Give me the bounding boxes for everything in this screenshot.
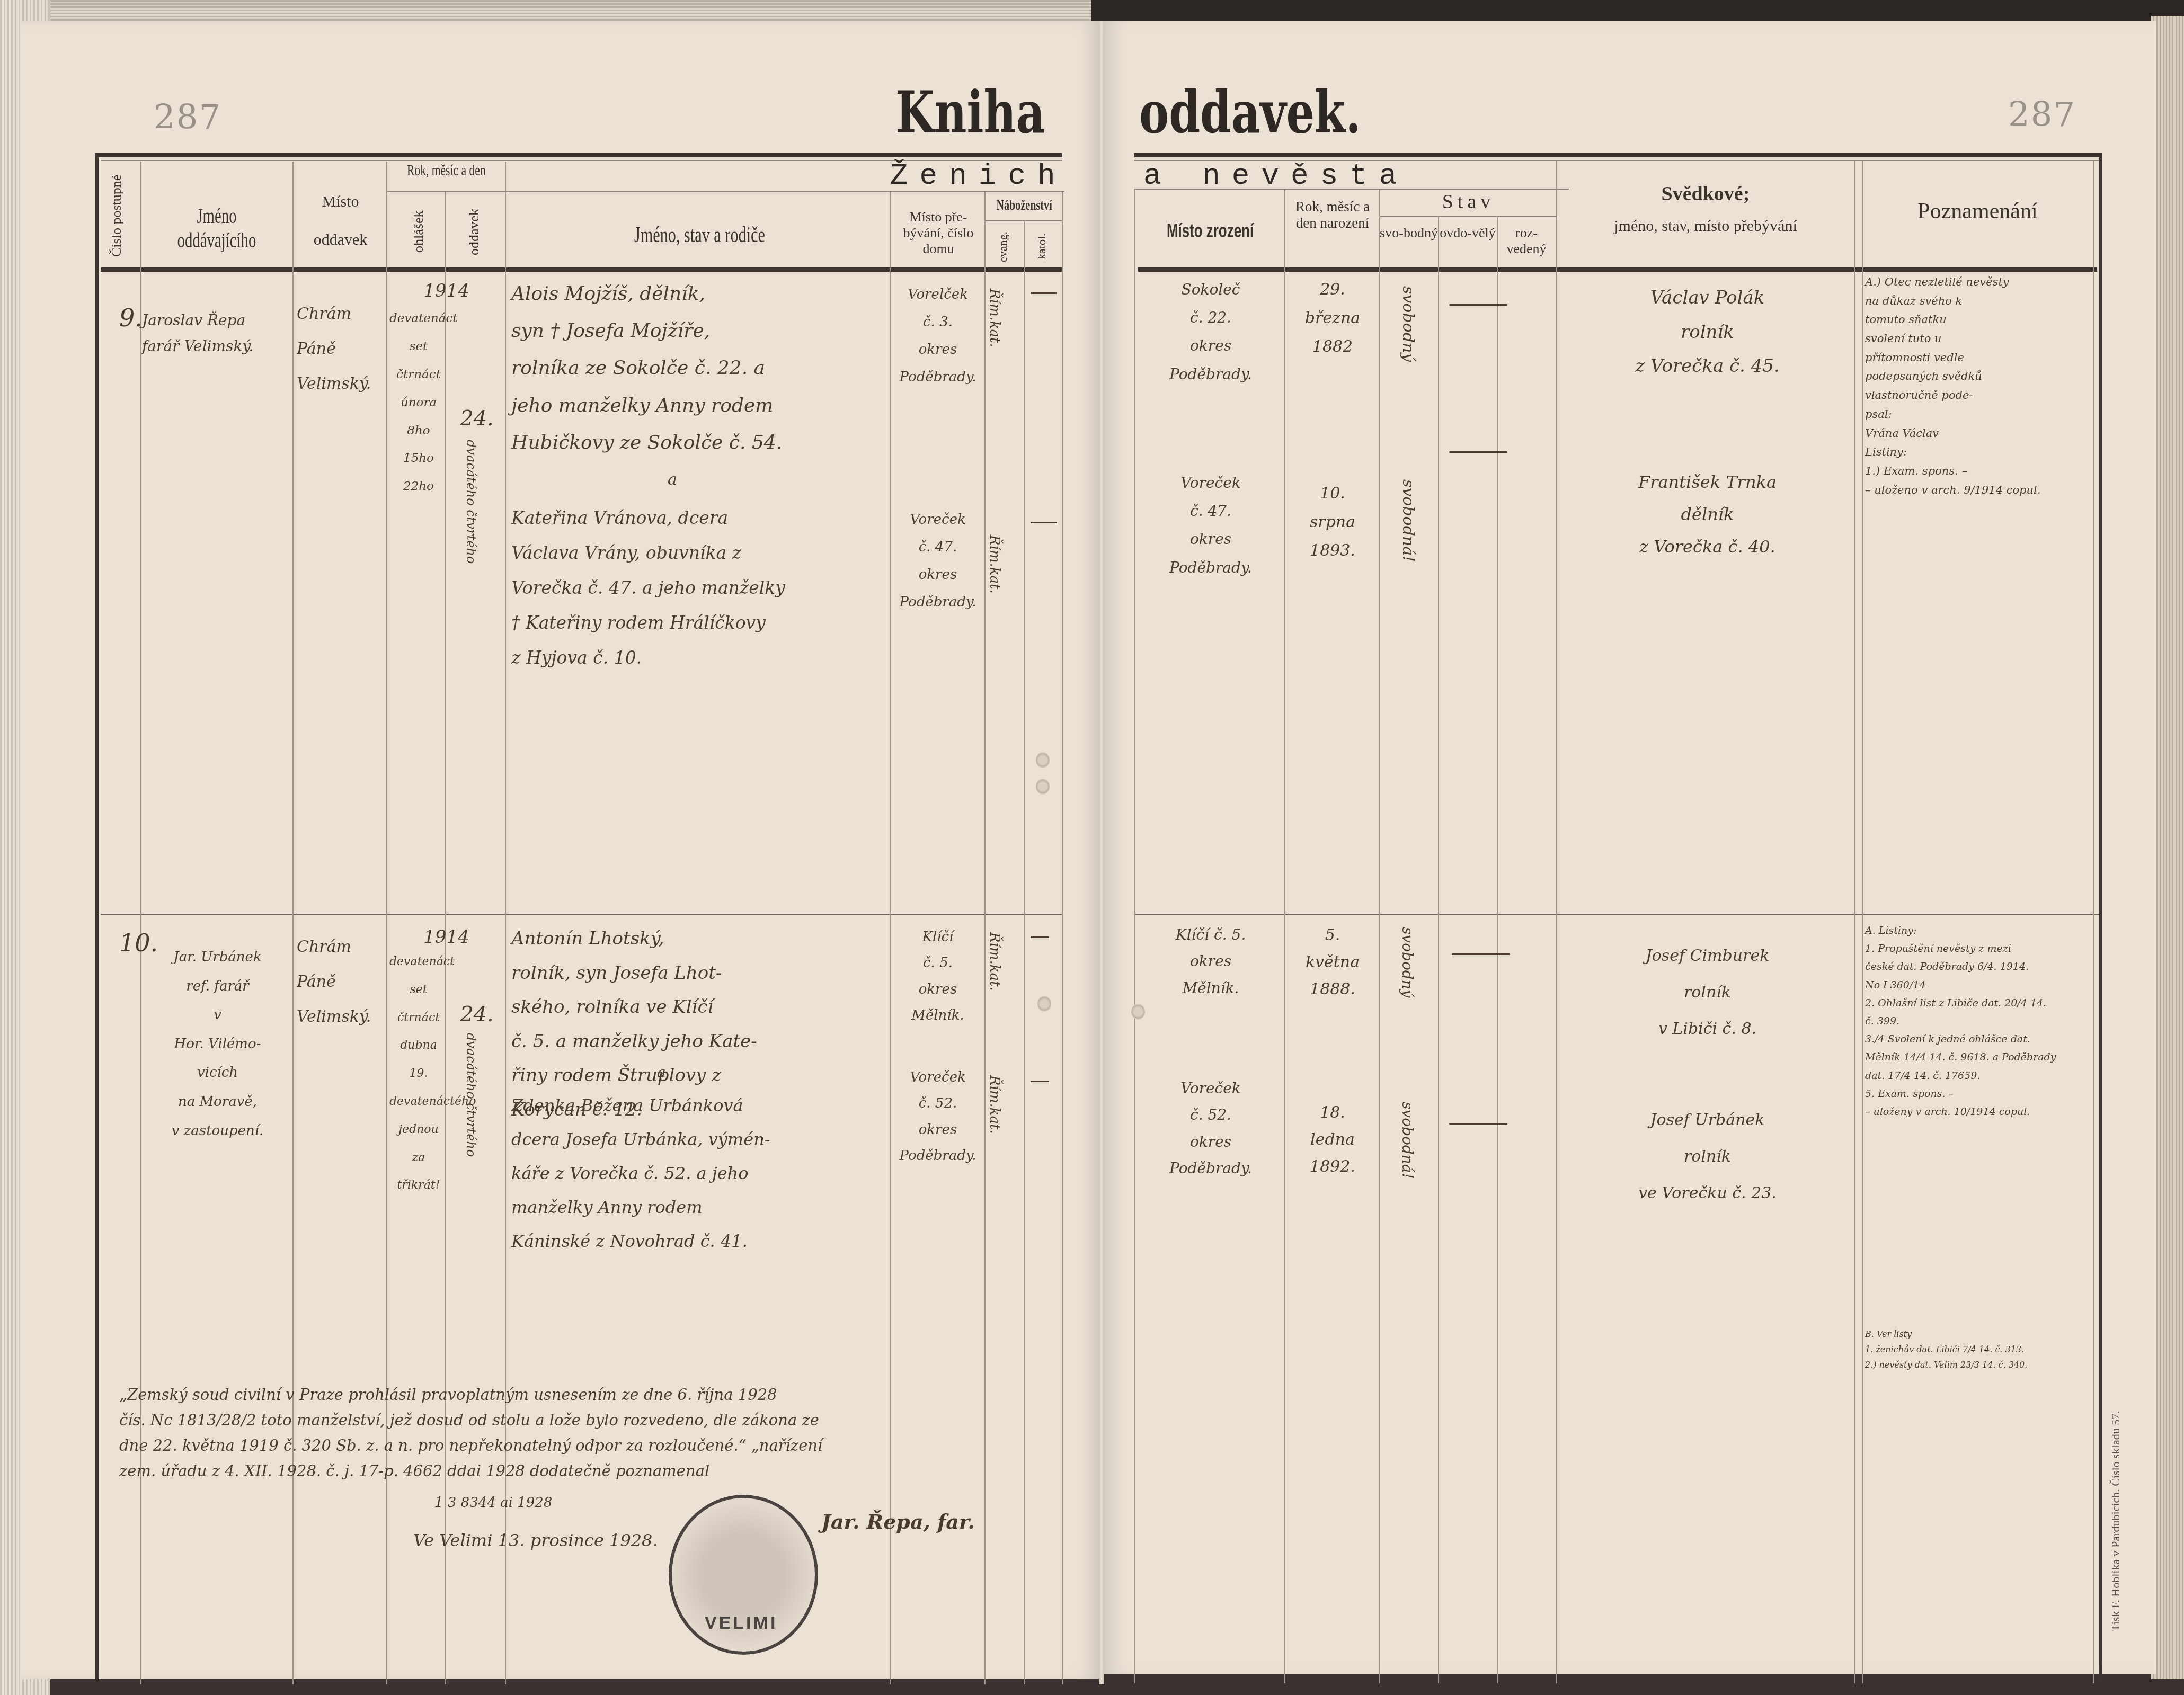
entry-9-bride-birthdate: 10. srpna 1893.: [1288, 479, 1378, 565]
entry-10-katol-dash: [1031, 936, 1049, 938]
entry-10-bride: Zdenka Božena Urbánková dcera Josefa Urb…: [511, 1089, 887, 1258]
entry-10-wedding-day: 24.: [450, 996, 503, 1033]
entry-9-bride-witness: František Trnka dělník z Vorečka č. 40.: [1563, 466, 1852, 563]
header-zenich: Ženich: [890, 159, 1067, 193]
header-misto-zrozeni: Místo zrození: [1137, 220, 1284, 242]
header-jmeno-stav-rodice: Jméno, stav a rodiče: [509, 222, 890, 248]
col-line: [2093, 161, 2094, 1683]
entry-divider-left: [101, 914, 1062, 915]
entry-10-bride-birthdate: 18. ledna 1892.: [1288, 1099, 1378, 1180]
divorce-annotation: „Zemský soud civilní v Praze prohlásil p…: [119, 1382, 1068, 1484]
col-line: [1379, 190, 1380, 1683]
col-line: [1497, 217, 1498, 1683]
entry-9-number: 9.: [119, 297, 143, 340]
table-top-rule-left: [97, 153, 1062, 157]
book-spine: [1099, 21, 1104, 1684]
entry-9-groom-birthplace: Sokoleč č. 22. okres Poděbrady.: [1139, 275, 1282, 388]
entry-9-bride-birthplace: Voreček č. 47. okres Poděbrady.: [1139, 469, 1282, 582]
header-katol: katol.: [1035, 227, 1049, 266]
col-line: [1556, 161, 1557, 1683]
entry-9-groom-residence: Vorelček č. 3. okres Poděbrady.: [893, 281, 983, 391]
entry-10-bride-status: svobodná!: [1399, 1102, 1416, 1179]
entry-10-groom-witness: Josef Cimburek rolník v Libiči č. 8.: [1563, 938, 1852, 1047]
header-svedkove-sub: jméno, stav, místo přebývání: [1558, 217, 1853, 236]
entry-9-groom-status: svobodný: [1399, 286, 1417, 362]
entry-9-groom-ovdovely-dash: [1449, 304, 1507, 306]
punched-hole: [1036, 752, 1050, 768]
header-oddavek: oddavek: [466, 199, 482, 265]
entry-9-bride-ovdovely-dash: [1449, 451, 1507, 453]
header-rok-mesic-den: Rok, měsíc a den: [389, 162, 503, 180]
punched-hole: [1037, 996, 1051, 1012]
header-bottom-rule-left: [101, 267, 1062, 272]
entry-9-katol-dash: [1031, 522, 1057, 523]
header-stav-rule: [1380, 216, 1557, 217]
entry-10-groom-ovdovely-dash: [1452, 953, 1510, 955]
entry-10-wedding-day-words: dvacátého čtvrtého: [464, 1033, 478, 1157]
entry-9-wedding-day-words: dvacátého čtvrtého: [464, 440, 478, 564]
entry-9-officiant: Jaroslav Řepa farář Velimský.: [142, 307, 293, 359]
entry-10-officiant: Jar. Urbánek ref. farář v Hor. Vilémo- v…: [142, 943, 293, 1145]
header-jmeno-oddavajiciho: Jméno oddávajícího: [142, 204, 291, 253]
entry-9-year: 1914: [389, 275, 503, 307]
entry-10-groom-status: svobodný: [1399, 927, 1416, 998]
header-cislo-postupne: Číslo postupné: [109, 167, 125, 265]
header-religion-rule: [984, 220, 1062, 221]
entry-9-connector: a: [668, 466, 677, 494]
entry-10-bride-religion: Řím.kat.: [987, 1075, 1002, 1134]
entry-10-place: Chrám Páně Velimský.: [297, 930, 384, 1034]
header-jmeno-oddavajiciho-label: Jméno oddávajícího: [163, 204, 270, 253]
header-poznamenani: Poznamenání: [1862, 199, 2093, 224]
entry-9-remarks: A.) Otec nezletilé nevěsty na důkaz svéh…: [1865, 273, 2093, 499]
title-left: Kniha: [895, 79, 1045, 146]
page-stack-top: [0, 0, 1091, 22]
entry-10-connector: a: [657, 1059, 666, 1085]
entry-9-groom-witness: Václav Polák rolník z Vorečka č. 45.: [1563, 281, 1852, 383]
entry-9-groom-birthdate: 29. března 1882: [1288, 275, 1378, 361]
entry-divider-right: [1134, 914, 2101, 915]
title-right: oddavek.: [1139, 79, 1361, 146]
header-ovdovely: ovdo-vělý: [1439, 225, 1497, 241]
header-narozeni: Rok, měsíc a den narození: [1286, 199, 1379, 231]
printer-note: Tisk F. Hoblíka v Pardubicích. Číslo skl…: [2109, 1393, 2123, 1631]
header-stav: Stav: [1380, 191, 1557, 214]
col-line: [1284, 190, 1285, 1683]
header-rozvedeny: roz-vedený: [1497, 225, 1556, 257]
header-misto-zrozeni-label: Místo zrození: [1167, 220, 1254, 242]
entry-9-bride: Kateřina Vránova, dcera Václava Vrány, o…: [511, 501, 887, 675]
entry-10-bride-witness: Josef Urbánek rolník ve Vorečku č. 23.: [1563, 1102, 1852, 1211]
col-line: [1854, 161, 1855, 1683]
entry-9-bride-religion: Řím.kat.: [987, 535, 1002, 594]
entry-10-groom-residence: Klíčí č. 5. okres Mělník.: [893, 924, 983, 1029]
header-rok-mesic-den-label: Rok, měsíc a den: [407, 162, 486, 180]
header-jmeno-stav-rodice-label: Jméno, stav a rodiče: [634, 222, 765, 248]
entry-10-groom-religion: Řím.kat.: [987, 932, 1002, 991]
entry-10-bride-birthplace: Voreček č. 52. okres Poděbrady.: [1139, 1075, 1282, 1182]
entry-10-groom-birthplace: Klíčí č. 5. okres Mělník.: [1139, 922, 1282, 1002]
entry-10-remarks-b: B. Ver listy 1. ženichův dat. Libiči 7/4…: [1865, 1327, 2093, 1372]
header-evang: evang.: [996, 227, 1010, 266]
header-svedkove: Svědkové;: [1558, 183, 1853, 206]
table-right-border: [2099, 153, 2102, 1684]
col-line: [1134, 190, 1135, 1683]
col-line: [1862, 161, 1863, 1683]
header-nabozenstvi: Náboženství: [986, 197, 1062, 214]
header-svobodny: svo-bodný: [1380, 225, 1438, 241]
header-misto-oddavek: Místo oddavek: [297, 183, 384, 259]
parish-stamp-text: VELIMI: [705, 1613, 777, 1634]
punched-hole: [1131, 1004, 1145, 1020]
entry-9-katol-dash: [1031, 292, 1057, 294]
page-number-left: 287: [154, 98, 221, 137]
entry-10-katol-dash: [1031, 1081, 1049, 1082]
header-ohlasek: ohlášek: [411, 199, 427, 265]
entry-10-remarks: A. Listiny: 1. Propuštění nevěsty z mezi…: [1865, 922, 2093, 1121]
entry-9-bride-residence: Voreček č. 47. okres Poděbrady.: [893, 506, 983, 616]
header-bottom-rule-right: [1138, 267, 2097, 272]
entry-9-bride-status: svobodná!: [1399, 479, 1417, 562]
book-cover: [1091, 0, 2184, 21]
entry-9-banns: devatenáct set čtrnáct února 8ho 15ho 22…: [389, 305, 448, 501]
table-left-border: [95, 153, 99, 1689]
entry-10-bride-residence: Voreček č. 52. okres Poděbrady.: [893, 1065, 983, 1170]
annotation-place-date: Ve Velimi 13. prosince 1928.: [413, 1525, 658, 1555]
page-number-right: 287: [2008, 95, 2076, 135]
col-line: [1438, 217, 1439, 1683]
entry-10-groom-birthdate: 5. května 1888.: [1288, 922, 1378, 1003]
entry-9-groom-religion: Řím.kat.: [987, 289, 1002, 347]
table-top-rule-right: [1134, 153, 2101, 157]
entry-9-place: Chrám Páně Velimský.: [297, 297, 384, 402]
header-a-nevesta: a nevěsta: [1143, 159, 1408, 193]
entry-10-bride-ovdovely-dash: [1449, 1123, 1507, 1125]
punched-hole: [1036, 779, 1050, 795]
entry-9-groom: Alois Mojžíš, dělník, syn † Josefa Mojží…: [511, 275, 887, 461]
header-misto-prebyvani: Místo pře-bývání, číslo domu: [893, 209, 984, 257]
annotation-reference: 1 3 8344 ai 1928: [434, 1491, 552, 1515]
entry-9-wedding-day: 24.: [450, 400, 503, 437]
annotation-signature: Jar. Řepa, far.: [821, 1504, 975, 1540]
header-nabozenstvi-label: Náboženství: [996, 197, 1052, 214]
entry-10-banns: devatenáct set čtrnáct dubna 19. devaten…: [389, 948, 448, 1200]
